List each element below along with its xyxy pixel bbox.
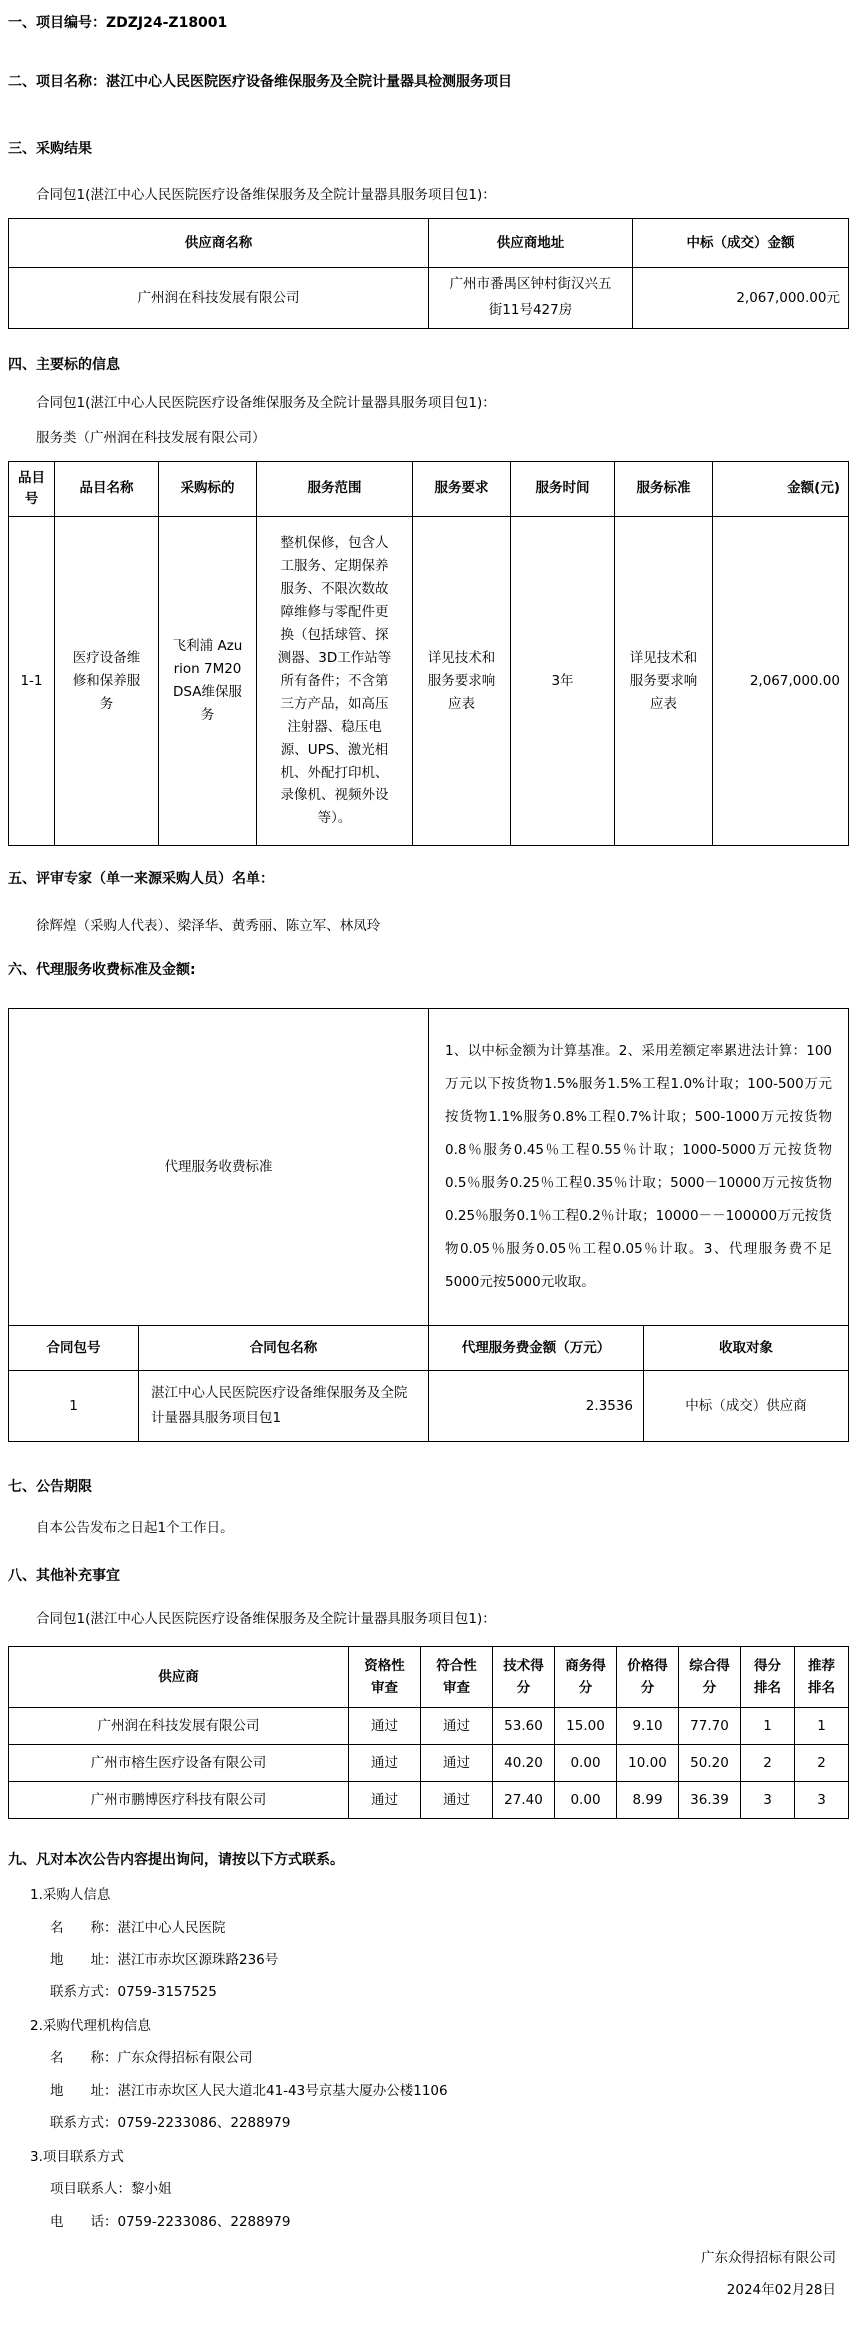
fee-table-header-row: 合同包号 合同包名称 代理服务费金额（万元） 收取对象 [9,1326,849,1371]
col-header-item-no: 品目号 [9,462,55,517]
signoff-company: 广东众得招标有限公司 [8,2249,848,2267]
col-header-supplier-name: 供应商名称 [9,218,429,267]
heading-project-number: 一、项目编号：ZDZJ24-Z18001 [8,14,848,33]
cell-service-duration: 3年 [511,517,615,846]
cell-package-name: 湛江中心人民医院医疗设备维保服务及全院计量器具服务项目包1 [139,1371,429,1442]
heading-other-matters: 八、其他补充事宜 [8,1567,848,1586]
fee-table-row: 1 湛江中心人民医院医疗设备维保服务及全院计量器具服务项目包1 2.3536 中… [9,1371,849,1442]
col-header-compliance-review: 符合性审查 [421,1647,493,1708]
score-table: 供应商 资格性审查 符合性审查 技术得分 商务得分 价格得分 综合得分 得分排名… [8,1646,849,1819]
result-table-row: 广州润在科技发展有限公司 广州市番禺区钟村街汉兴五街11号427房 2,067,… [9,267,849,328]
cell-fee-amount: 2.3536 [429,1371,644,1442]
cell-amount: 2,067,000.00 [713,517,849,846]
category-line: 服务类（广州润在科技发展有限公司） [8,429,848,447]
cell-supplier: 广州润在科技发展有限公司 [9,1708,349,1745]
cell-price-score: 10.00 [617,1745,679,1782]
agency-address: 地 址：湛江市赤坎区人民大道北41-43号京基大厦办公楼1106 [8,2082,848,2100]
col-header-charge-target: 收取对象 [644,1326,849,1371]
result-table: 供应商名称 供应商地址 中标（成交）金额 广州润在科技发展有限公司 广州市番禺区… [8,218,849,329]
heading-agency-fee: 六、代理服务收费标准及金额: [8,961,848,980]
cell-business-score: 0.00 [555,1782,617,1819]
col-header-score-rank: 得分排名 [741,1647,795,1708]
col-header-amount: 金额(元) [713,462,849,517]
purchaser-name: 名 称：湛江中心人民医院 [8,1919,848,1937]
purchaser-address: 地 址：湛江市赤坎区源珠路236号 [8,1951,848,1969]
cell-service-standard: 详见技术和服务要求响应表 [615,517,713,846]
project-contact-phone: 电 话：0759-2233086、2288979 [8,2213,848,2231]
signoff-date: 2024年02月28日 [8,2281,848,2299]
col-header-business-score: 商务得分 [555,1647,617,1708]
package-line-result: 合同包1(湛江中心人民医院医疗设备维保服务及全院计量器具服务项目包1)： [8,186,848,204]
heading-announcement-period: 七、公告期限 [8,1478,848,1497]
project-contact-person: 项目联系人：黎小姐 [8,2180,848,2198]
col-header-service-requirement: 服务要求 [413,462,511,517]
cell-qualification: 通过 [349,1708,421,1745]
cell-item-name: 医疗设备维修和保养服务 [55,517,159,846]
col-header-package-name: 合同包名称 [139,1326,429,1371]
cell-target: 飞利浦 Azurion 7M20 DSA维保服务 [159,517,257,846]
score-table-row: 广州市榕生医疗设备有限公司 通过 通过 40.20 0.00 10.00 50.… [9,1745,849,1782]
package-line-subject: 合同包1(湛江中心人民医院医疗设备维保服务及全院计量器具服务项目包1)： [8,394,848,412]
score-table-row: 广州润在科技发展有限公司 通过 通过 53.60 15.00 9.10 77.7… [9,1708,849,1745]
items-table: 品目号 品目名称 采购标的 服务范围 服务要求 服务时间 服务标准 金额(元) … [8,461,849,846]
cell-score-rank: 1 [741,1708,795,1745]
project-contact-title: 3.项目联系方式 [8,2148,848,2166]
score-table-header-row: 供应商 资格性审查 符合性审查 技术得分 商务得分 价格得分 综合得分 得分排名… [9,1647,849,1708]
heading-project-name: 二、项目名称：湛江中心人民医院医疗设备维保服务及全院计量器具检测服务项目 [8,73,848,92]
cell-business-score: 15.00 [555,1708,617,1745]
items-table-header-row: 品目号 品目名称 采购标的 服务范围 服务要求 服务时间 服务标准 金额(元) [9,462,849,517]
col-header-fee-amount: 代理服务费金额（万元） [429,1326,644,1371]
items-table-row: 1-1 医疗设备维修和保养服务 飞利浦 Azurion 7M20 DSA维保服务… [9,517,849,846]
cell-compliance: 通过 [421,1708,493,1745]
cell-service-requirement: 详见技术和服务要求响应表 [413,517,511,846]
cell-total-score: 77.70 [679,1708,741,1745]
cell-supplier: 广州市鹏博医疗科技有限公司 [9,1782,349,1819]
col-header-price-score: 价格得分 [617,1647,679,1708]
col-header-total-score: 综合得分 [679,1647,741,1708]
cell-supplier-address: 广州市番禺区钟村街汉兴五街11号427房 [429,267,633,328]
purchaser-info-title: 1.采购人信息 [8,1886,848,1904]
agency-info-title: 2.采购代理机构信息 [8,2017,848,2035]
cell-item-no: 1-1 [9,517,55,846]
result-table-header-row: 供应商名称 供应商地址 中标（成交）金额 [9,218,849,267]
cell-award-amount: 2,067,000.00元 [633,267,849,328]
cell-score-rank: 3 [741,1782,795,1819]
cell-qualification: 通过 [349,1782,421,1819]
cell-fee-standard-label: 代理服务收费标准 [9,1009,429,1326]
agency-contact: 联系方式：0759-2233086、2288979 [8,2114,848,2132]
cell-charge-target: 中标（成交）供应商 [644,1371,849,1442]
cell-technical-score: 53.60 [493,1708,555,1745]
cell-technical-score: 40.20 [493,1745,555,1782]
col-header-item-name: 品目名称 [55,462,159,517]
col-header-package-no: 合同包号 [9,1326,139,1371]
col-header-supplier: 供应商 [9,1647,349,1708]
cell-business-score: 0.00 [555,1745,617,1782]
cell-supplier: 广州市榕生医疗设备有限公司 [9,1745,349,1782]
col-header-recommend-rank: 推荐排名 [795,1647,849,1708]
cell-technical-score: 27.40 [493,1782,555,1819]
col-header-supplier-address: 供应商地址 [429,218,633,267]
heading-procurement-result: 三、采购结果 [8,140,848,159]
cell-score-rank: 2 [741,1745,795,1782]
expert-names: 徐辉煌（采购人代表）、梁泽华、黄秀丽、陈立军、林凤玲 [8,917,848,935]
fee-standard-row: 代理服务收费标准 1、以中标金额为计算基准。2、采用差额定率累进法计算：100万… [9,1009,849,1326]
col-header-qualification-review: 资格性审查 [349,1647,421,1708]
heading-review-experts: 五、评审专家（单一来源采购人员）名单： [8,870,848,889]
cell-supplier-name: 广州润在科技发展有限公司 [9,267,429,328]
col-header-service-standard: 服务标准 [615,462,713,517]
cell-qualification: 通过 [349,1745,421,1782]
cell-price-score: 8.99 [617,1782,679,1819]
score-table-row: 广州市鹏博医疗科技有限公司 通过 通过 27.40 0.00 8.99 36.3… [9,1782,849,1819]
agency-fee-table: 代理服务收费标准 1、以中标金额为计算基准。2、采用差额定率累进法计算：100万… [8,1008,849,1442]
cell-service-scope: 整机保修，包含人工服务、定期保养服务、不限次数故障维修与零配件更换（包括球管、探… [257,517,413,846]
announcement-document: 一、项目编号：ZDZJ24-Z18001 二、项目名称：湛江中心人民医院医疗设备… [0,0,856,2329]
cell-total-score: 50.20 [679,1745,741,1782]
package-line-other: 合同包1(湛江中心人民医院医疗设备维保服务及全院计量器具服务项目包1)： [8,1610,848,1628]
agency-name: 名 称：广东众得招标有限公司 [8,2049,848,2067]
purchaser-contact: 联系方式：0759-3157525 [8,1983,848,2001]
cell-compliance: 通过 [421,1745,493,1782]
col-header-target: 采购标的 [159,462,257,517]
col-header-technical-score: 技术得分 [493,1647,555,1708]
heading-main-subject-info: 四、主要标的信息 [8,356,848,375]
cell-recommend-rank: 2 [795,1745,849,1782]
cell-package-no: 1 [9,1371,139,1442]
heading-contact-info: 九、凡对本次公告内容提出询问，请按以下方式联系。 [8,1851,848,1870]
announcement-period-text: 自本公告发布之日起1个工作日。 [8,1519,848,1537]
cell-price-score: 9.10 [617,1708,679,1745]
col-header-service-duration: 服务时间 [511,462,615,517]
cell-total-score: 36.39 [679,1782,741,1819]
col-header-service-scope: 服务范围 [257,462,413,517]
cell-compliance: 通过 [421,1782,493,1819]
cell-recommend-rank: 1 [795,1708,849,1745]
col-header-award-amount: 中标（成交）金额 [633,218,849,267]
cell-fee-standard-text: 1、以中标金额为计算基准。2、采用差额定率累进法计算：100万元以下按货物1.5… [429,1009,849,1326]
cell-recommend-rank: 3 [795,1782,849,1819]
